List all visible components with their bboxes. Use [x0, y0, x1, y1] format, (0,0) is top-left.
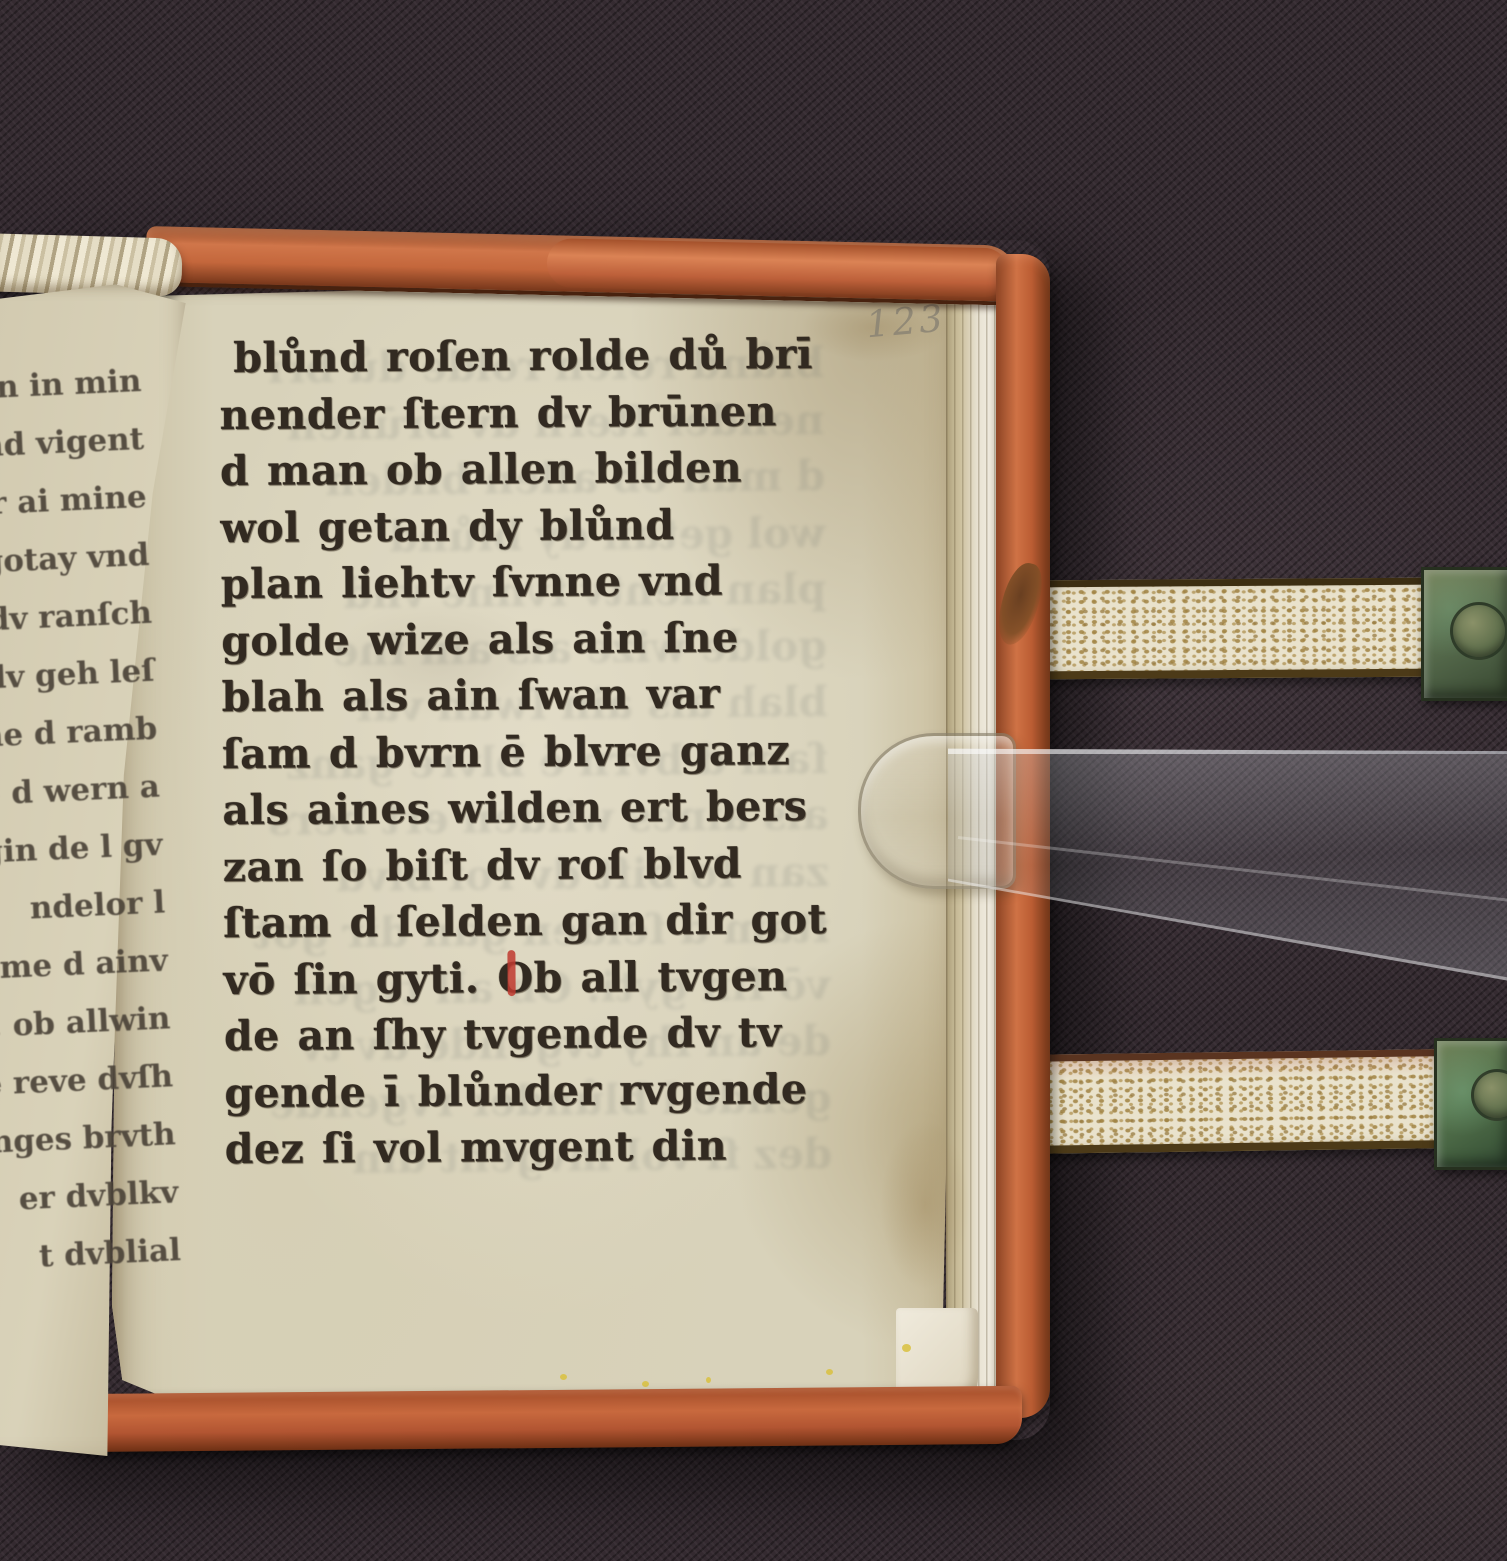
left-page-line: gin de l gv — [11, 816, 163, 881]
manuscript-line: nender ſtern dv brūnen — [219, 382, 819, 443]
bottom-clasp-boss — [1471, 1069, 1507, 1121]
manuscript-line: d man ob allen bilden — [220, 439, 820, 500]
photo-scene: blůnd roſen rolde dů brīnender ſtern dv … — [0, 0, 1507, 1561]
manuscript-line: ſtam d ſelden gan dir got — [223, 891, 823, 952]
manuscript-line: plan liehtv ſvnne vnd — [221, 552, 821, 613]
left-page-line: me d ainv — [16, 931, 168, 996]
stain — [880, 1120, 970, 1290]
manuscript-line: dez ſi vol mvgent din — [225, 1117, 825, 1178]
left-page-line: ble. ob allwin — [19, 989, 171, 1054]
left-page-line: ze vn in min — [0, 352, 143, 417]
left-page-line: lne d ramb — [6, 700, 158, 765]
left-page-line: ndelor l — [14, 873, 166, 938]
top-clasp-boss — [1450, 602, 1507, 660]
left-page-line: evr dv ranſch — [1, 584, 153, 649]
leather-bottom-edge — [66, 1386, 1022, 1452]
manuscript-line: golde wize als ain ſne — [221, 608, 821, 669]
manuscript-line: zan ſo biſt dv roſ blvd — [223, 834, 823, 895]
bottom-clasp — [1434, 1038, 1507, 1170]
left-page-line: gotay vnd — [0, 526, 151, 591]
top-clasp — [1421, 567, 1507, 701]
manuscript-line: de an ſhy tvgende dv tv — [224, 1004, 824, 1065]
left-page-line: ne reve dvſh — [22, 1047, 174, 1112]
endband — [0, 233, 183, 296]
bottom-strap — [1035, 1049, 1438, 1154]
top-strap — [1036, 578, 1429, 680]
manuscript-line: gende ī blůnder rvgende — [224, 1060, 824, 1121]
left-page-line: ble d wern a — [9, 758, 161, 823]
manuscript-line: blůnd roſen rolde dů brī — [233, 326, 819, 387]
rubricated-letter: O — [497, 953, 534, 1001]
manuscript-line: als aines wilden ert bers — [222, 778, 822, 839]
left-page-line: er dvblkv — [27, 1163, 179, 1228]
left-page-line: leſnd vigent — [0, 410, 145, 475]
left-page-line: de dv geh leſ — [3, 642, 155, 707]
page-number: 123 — [864, 297, 947, 347]
manuscript-text-block: blůnd roſen rolde dů brīnender ſtern dv … — [219, 326, 825, 1178]
manuscript-line: blah als ain ſwan var — [221, 665, 821, 726]
left-page-line: t dvblial — [30, 1221, 182, 1286]
manuscript-line: ſam d bvrn ē blvre ganz — [222, 721, 822, 782]
left-page-line: kevr ai mine — [0, 468, 148, 533]
manuscript-line: wol getan dy blůnd — [220, 495, 820, 556]
left-page-line: nges brvth — [24, 1105, 176, 1170]
manuscript-line: vō ſin gyti. Ob all tvgen — [223, 947, 823, 1008]
